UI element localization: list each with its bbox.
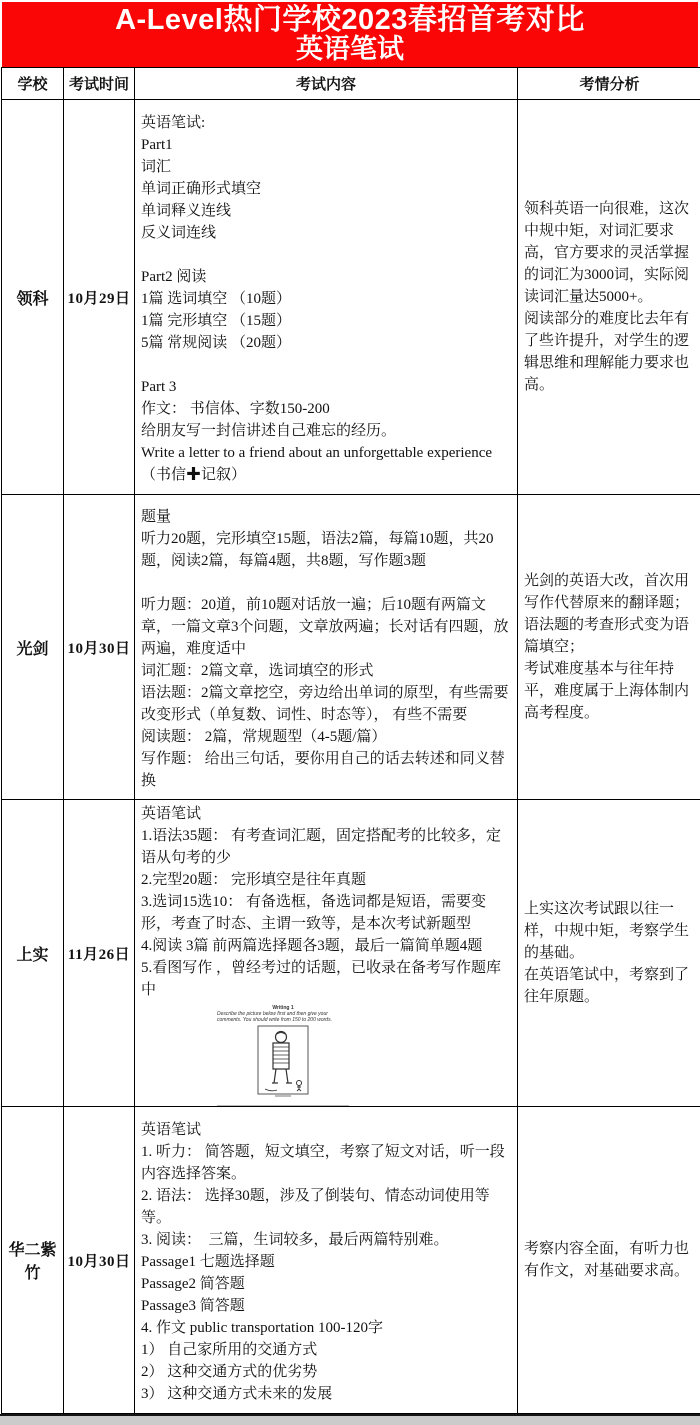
page: A-Level热门学校2023春招首考对比 英语笔试 学校 考试时间 考试内容 … [0, 2, 700, 1425]
col-header-analysis: 考情分析 [518, 68, 700, 100]
exam-analysis-cell: 上实这次考试跟以往一样，中规中矩，考察学生的基础。 在英语笔试中，考察到了往年原… [518, 800, 700, 1107]
exam-content-text: 题量 听力20题，完形填空15题，语法2篇，每篇10题，共20题，阅读2篇，每篇… [141, 506, 511, 792]
table-row-shangshi: 上实 11月26日 英语笔试 1.语法35题： 有考查词汇题，固定搭配考的比较多… [2, 800, 700, 1107]
banner-title-line1: A-Level热门学校2023春招首考对比 [2, 5, 698, 36]
exam-date: 10月29日 [64, 100, 135, 495]
table-row-guangjian: 光剑 10月30日 题量 听力20题，完形填空15题，语法2篇，每篇10题，共2… [2, 495, 700, 800]
exam-analysis-cell: 领科英语一向很难，这次中规中矩，对词汇要求高，官方要求的灵活掌握的词汇为3000… [518, 100, 700, 495]
exam-analysis-text: 领科英语一向很难，这次中规中矩，对词汇要求高，官方要求的灵活掌握的词汇为3000… [524, 198, 696, 396]
school-name: 上实 [2, 800, 64, 1107]
exam-content-text: 英语笔试 1. 听力： 简答题，短文填空，考察了短文对话，听一段内容选择答案。 … [141, 1119, 511, 1405]
exam-content-cell: 英语笔试: Part1 词汇 单词正确形式填空 单词释义连线 反义词连线 Par… [135, 100, 518, 495]
exam-content-cell: 题量 听力20题，完形填空15题，语法2篇，每篇10题，共20题，阅读2篇，每篇… [135, 495, 518, 800]
exam-analysis-text: 考察内容全面，有听力也有作文，对基础要求高。 [524, 1238, 696, 1282]
writing-prompt-image: Writing 1 Describe the picture below fir… [217, 1005, 349, 1106]
exam-date: 10月30日 [64, 495, 135, 800]
exam-analysis-text: 光剑的英语大改，首次用写作代替原来的翻译题； 语法题的考查形式变为语篇填空； 考… [524, 570, 696, 724]
table-row-huaerzizhu: 华二紫竹 10月30日 英语笔试 1. 听力： 简答题，短文填空，考察了短文对话… [2, 1107, 700, 1414]
comparison-table: 学校 考试时间 考试内容 考情分析 领科 10月29日 英语笔试: Part1 … [1, 67, 700, 1414]
exam-analysis-text: 上实这次考试跟以往一样，中规中矩，考察学生的基础。 在英语笔试中，考察到了往年原… [524, 898, 696, 1008]
col-header-date: 考试时间 [64, 68, 135, 100]
tied-person-cartoon-icon [257, 1025, 309, 1099]
exam-date: 10月30日 [64, 1107, 135, 1414]
banner-title-line2: 英语笔试 [2, 36, 698, 63]
exam-content-cell: 英语笔试 1.语法35题： 有考查词汇题，固定搭配考的比较多，定语从句考的少 2… [135, 800, 518, 1107]
school-name: 光剑 [2, 495, 64, 800]
exam-date: 11月26日 [64, 800, 135, 1107]
writing-prompt-instructions: Describe the picture below first and the… [217, 1011, 349, 1023]
col-header-school: 学校 [2, 68, 64, 100]
exam-content-cell: 英语笔试 1. 听力： 简答题，短文填空，考察了短文对话，听一段内容选择答案。 … [135, 1107, 518, 1414]
exam-analysis-cell: 光剑的英语大改，首次用写作代替原来的翻译题； 语法题的考查形式变为语篇填空； 考… [518, 495, 700, 800]
header-row: 学校 考试时间 考试内容 考情分析 [2, 68, 700, 100]
table-row-lingke: 领科 10月29日 英语笔试: Part1 词汇 单词正确形式填空 单词释义连线… [2, 100, 700, 495]
bottom-strip [0, 1414, 700, 1425]
exam-analysis-cell: 考察内容全面，有听力也有作文，对基础要求高。 [518, 1107, 700, 1414]
school-name: 领科 [2, 100, 64, 495]
exam-content-text: 英语笔试 1.语法35题： 有考查词汇题，固定搭配考的比较多，定语从句考的少 2… [141, 803, 511, 1001]
page-title-banner: A-Level热门学校2023春招首考对比 英语笔试 [2, 2, 698, 67]
school-name: 华二紫竹 [2, 1107, 64, 1414]
col-header-content: 考试内容 [135, 68, 518, 100]
exam-content-text: 英语笔试: Part1 词汇 单词正确形式填空 单词释义连线 反义词连线 Par… [141, 112, 511, 486]
